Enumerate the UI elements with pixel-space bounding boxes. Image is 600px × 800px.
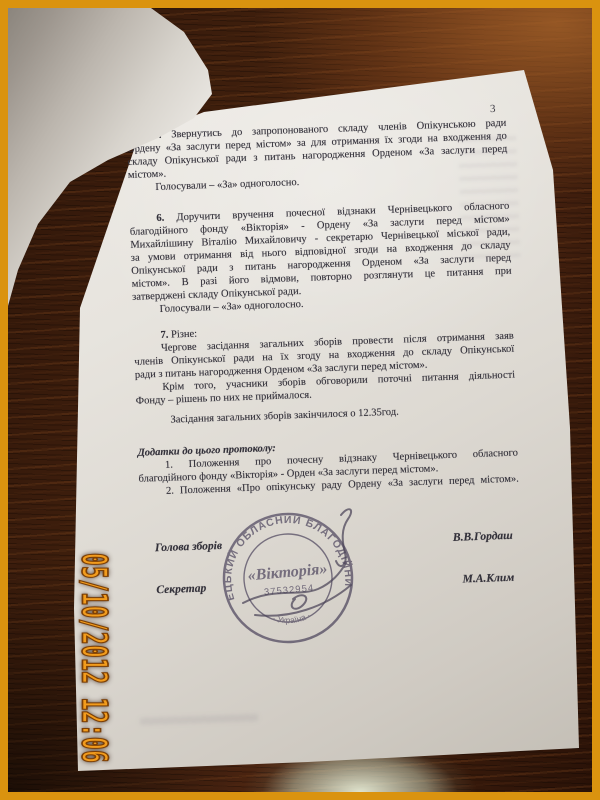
signature-name: В.В.Гордаш [453, 530, 513, 545]
photo-frame: 5. Звернутись до запропонованого складу … [0, 0, 600, 800]
showthrough-text-ghost [458, 127, 521, 259]
paragraph-number: 6. [156, 213, 164, 224]
paragraph-number: 7. [160, 330, 168, 341]
signature-flourish [336, 509, 351, 566]
line-text: Різне: [171, 329, 197, 341]
camera-timestamp: 05/10/2012 12:06 [76, 553, 112, 763]
signature-role: Секретар [142, 582, 206, 597]
signature-name: М.А.Клим [462, 572, 514, 587]
desk-photo: 5. Звернутись до запропонованого складу … [8, 8, 592, 792]
signature-stroke [255, 585, 351, 616]
signature-ink [233, 503, 373, 633]
page-number: 3 [490, 103, 496, 115]
signature-loop [292, 595, 307, 609]
